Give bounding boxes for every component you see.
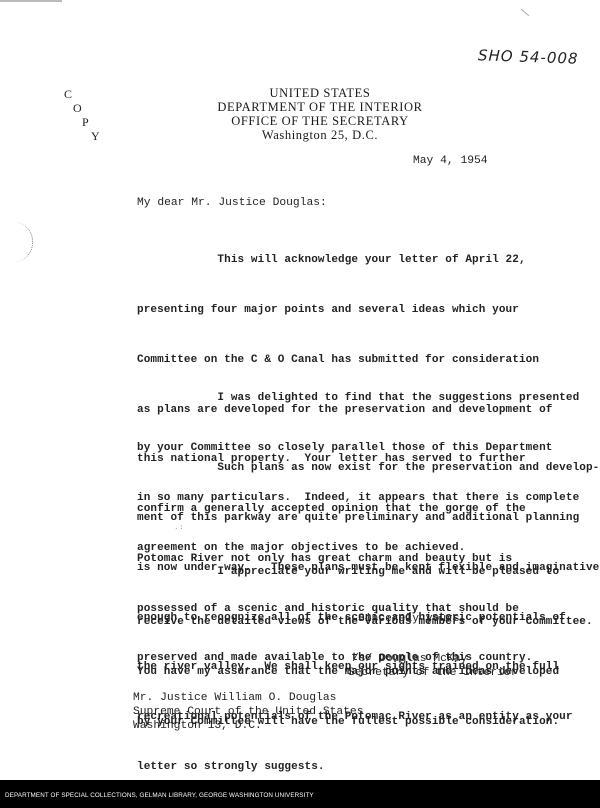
letter-date: May 4, 1954 — [413, 154, 488, 170]
letterhead-line-3: OFFICE OF THE SECRETARY — [170, 114, 470, 129]
paragraph-line: ment of this parkway are quite prelimina… — [137, 510, 599, 527]
salutation: My dear Mr. Justice Douglas: — [137, 196, 327, 212]
paragraph-line: This will acknowledge your letter of Apr… — [137, 252, 552, 269]
archive-footer-bar: DEPARTMENT OF SPECIAL COLLECTIONS, GELMA… — [0, 780, 600, 808]
paragraph-line: I appreciate your writing me and will be… — [137, 564, 593, 581]
scan-speck — [521, 9, 529, 16]
paragraph-line: letter so strongly suggests. — [137, 759, 599, 776]
letterhead-line-1: UNITED STATES — [170, 86, 470, 101]
letterhead-line-2: DEPARTMENT OF THE INTERIOR — [170, 100, 470, 115]
punch-hole-mark — [14, 222, 33, 262]
scan-speckle: . : — [175, 522, 183, 531]
paragraph-line: presenting four major points and several… — [137, 302, 552, 319]
copy-stamp-c: C — [64, 87, 72, 102]
signer-title: Secretary of the Interior — [348, 666, 517, 682]
paragraph-line: I was delighted to find that the suggest… — [137, 390, 579, 407]
scan-edge-mark — [0, 0, 62, 2]
archive-credit: DEPARTMENT OF SPECIAL COLLECTIONS, GELMA… — [5, 792, 314, 799]
letterhead-line-4: Washington 25, D.C. — [170, 128, 470, 143]
recipient-address: Washington 13, D.C. — [133, 719, 262, 735]
copy-stamp-p: P — [82, 115, 89, 130]
paragraph-line: Such plans as now exist for the preserva… — [137, 460, 599, 477]
copy-stamp-o: O — [73, 101, 82, 116]
copy-stamp-y: Y — [91, 129, 100, 144]
archive-number: SHO 54-008 — [478, 46, 579, 67]
closing: Sincerely yours, — [358, 612, 466, 628]
